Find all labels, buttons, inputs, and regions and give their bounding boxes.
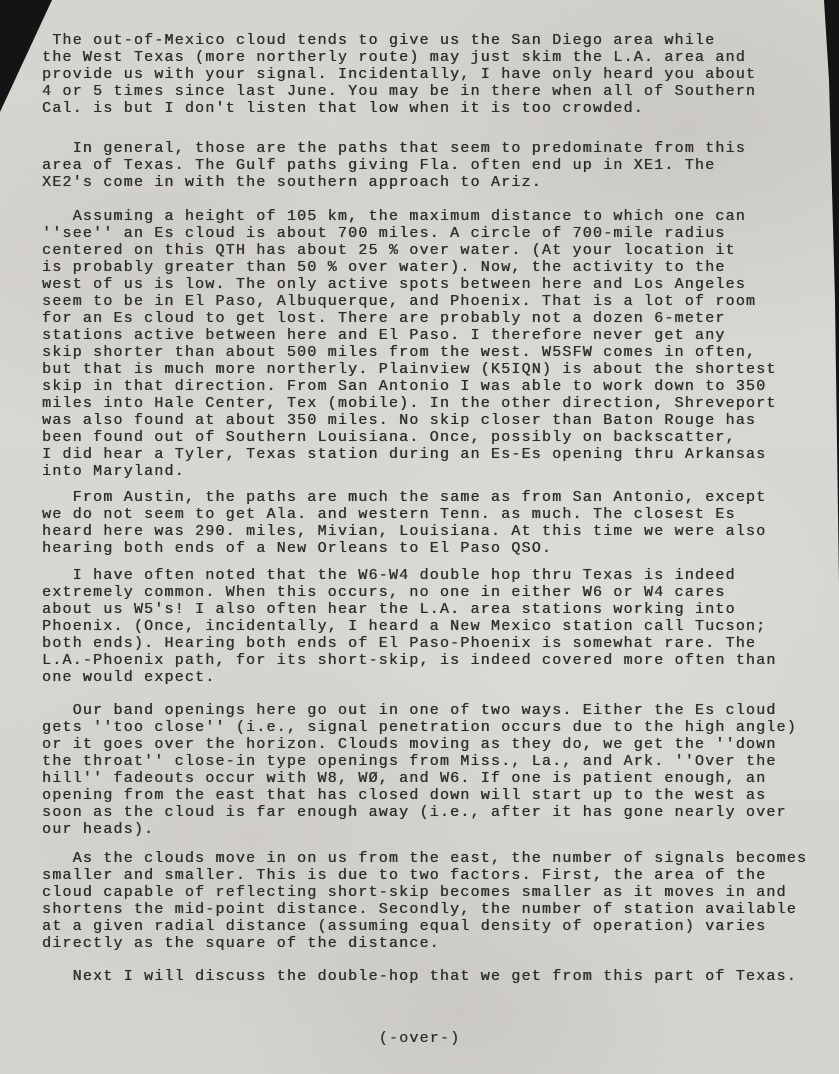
page-footer: (-over-) [0, 1030, 839, 1047]
paragraph: The out-of-Mexico cloud tends to give us… [42, 32, 834, 117]
paragraph: Next I will discuss the double-hop that … [42, 968, 834, 985]
paragraph: From Austin, the paths are much the same… [42, 489, 834, 557]
paragraph: Assuming a height of 105 km, the maximum… [42, 208, 834, 480]
paragraph: I have often noted that the W6-W4 double… [42, 567, 834, 686]
paragraph: Our band openings here go out in one of … [42, 702, 834, 838]
paragraph: In general, those are the paths that see… [42, 140, 834, 191]
document-page: The out-of-Mexico cloud tends to give us… [42, 32, 834, 985]
paragraph: As the clouds move in on us from the eas… [42, 850, 834, 952]
